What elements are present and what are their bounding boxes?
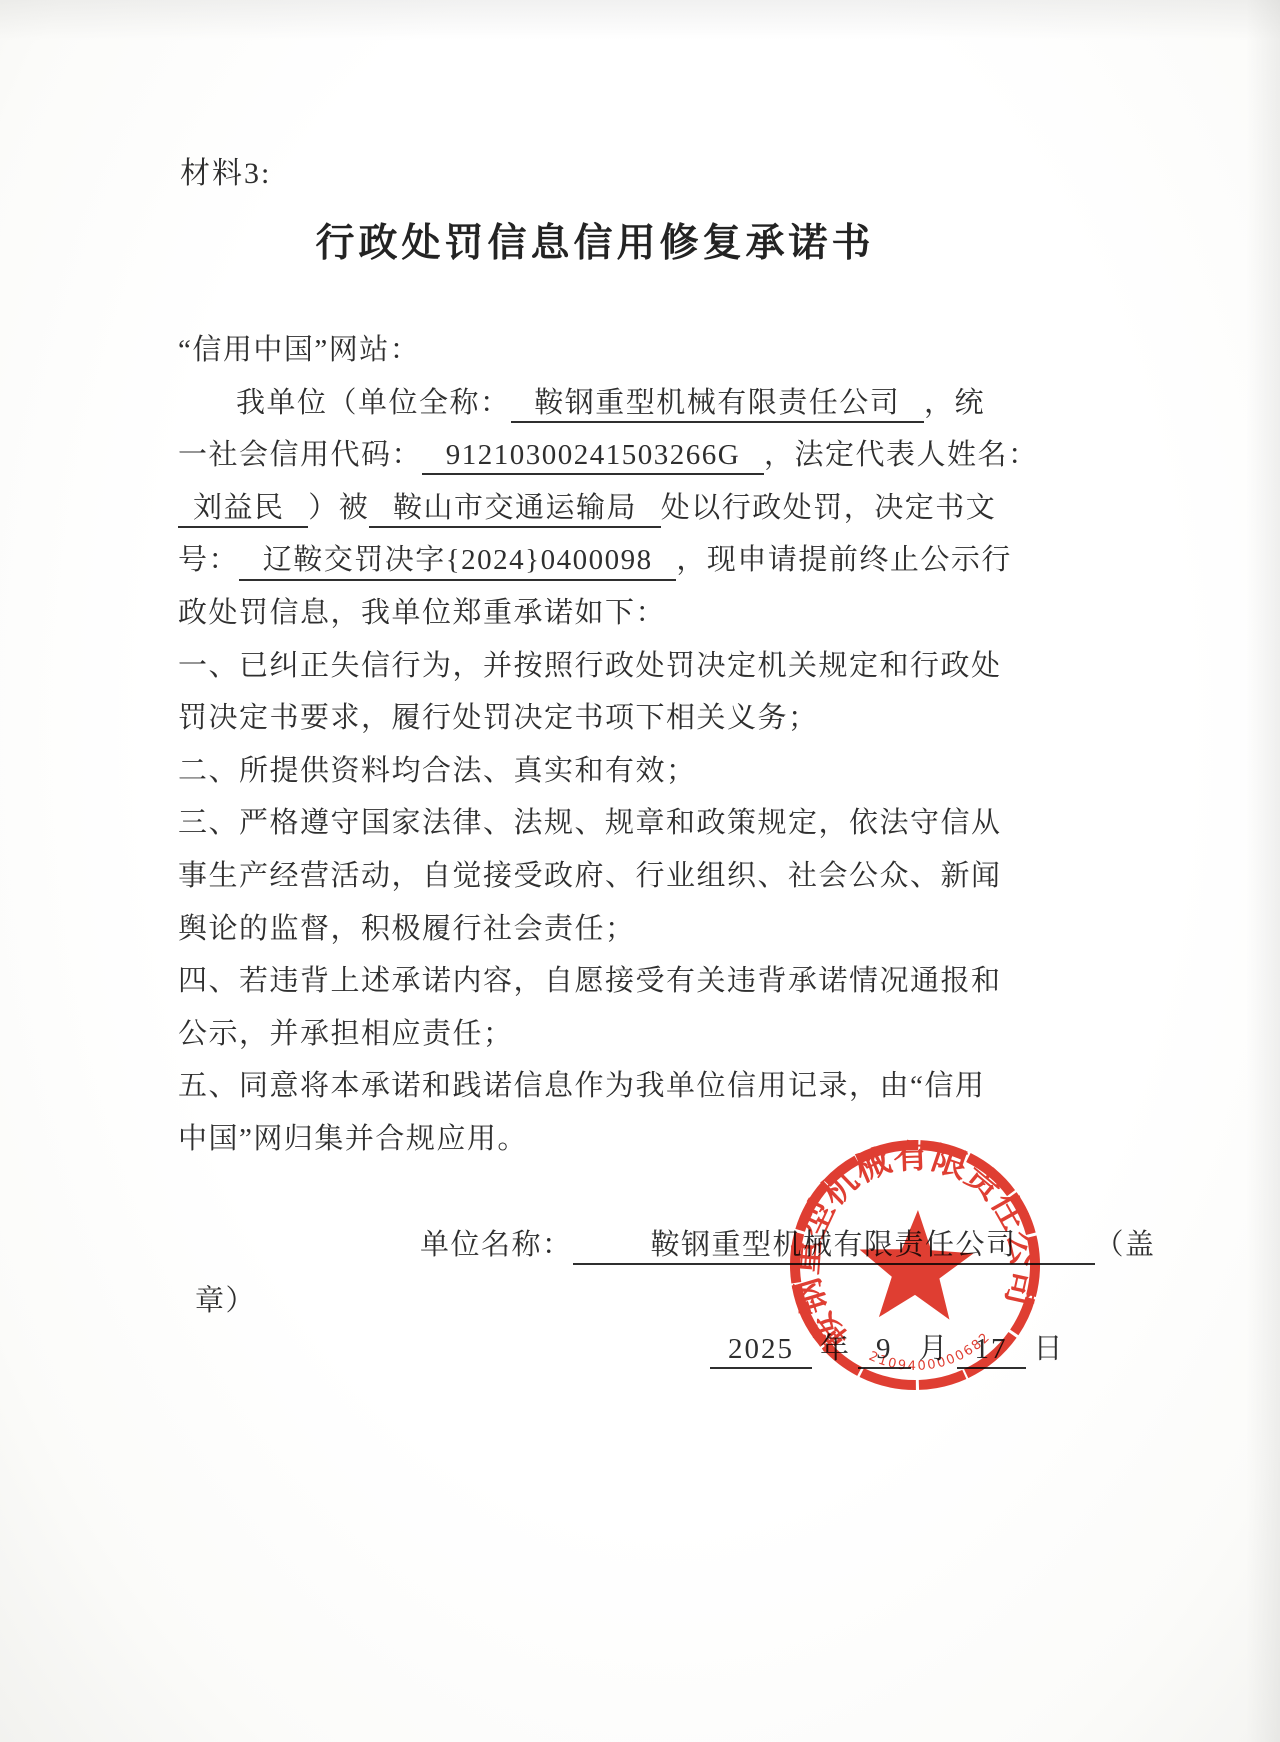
text-segment: ，现申请提前终止公示行 <box>676 544 1012 576</box>
material-label: 材料3: <box>180 148 271 192</box>
scan-shading-top <box>0 0 1280 40</box>
text-segment: 罚决定书要求，履行处罚决定书项下相关义务； <box>178 702 819 734</box>
underline-filled-field: 鞍钢重型机械有限责任公司 <box>511 385 925 423</box>
body-line: 四、若违背上述承诺内容，自愿接受有关违背承诺情况通报和 <box>178 955 1024 1008</box>
body-line: 五、同意将本承诺和践诺信息作为我单位信用记录，由“信用 <box>178 1060 1024 1113</box>
body-line: 二、所提供资料均合法、真实和有效； <box>178 745 1024 798</box>
text-segment: ，法定代表人姓名： <box>764 439 1039 471</box>
body-line: 刘益民 ）被 鞍山市交通运输局 处以行政处罚，决定书文 <box>178 482 1024 535</box>
body-line: 舆论的监督，积极履行社会责任； <box>178 903 1024 956</box>
body-line: 罚决定书要求，履行处罚决定书项下相关义务； <box>178 692 1024 745</box>
body-line: 号： 辽鞍交罚决字{2024}0400098 ，现申请提前终止公示行 <box>178 534 1024 587</box>
text-segment: 一、已纠正失信行为，并按照行政处罚决定机关规定和行政处 <box>178 650 1002 682</box>
scan-shading-right <box>1246 0 1280 1742</box>
text-segment: 政处罚信息，我单位郑重承诺如下： <box>178 597 666 629</box>
text-segment: 三、严格遵守国家法律、法规、规章和政策规定，依法守信从 <box>178 807 1002 839</box>
body-line: 三、严格遵守国家法律、法规、规章和政策规定，依法守信从 <box>178 797 1024 850</box>
text-segment: 舆论的监督，积极履行社会责任； <box>178 913 636 945</box>
seal-note-open: （盖 <box>1095 1229 1156 1261</box>
text-segment: 中国”网归集并合规应用。 <box>178 1123 528 1155</box>
text-segment: 公示，并承担相应责任； <box>178 1018 514 1050</box>
text-segment: “信用中国”网站： <box>178 334 420 366</box>
signature-label: 单位名称： <box>420 1229 573 1261</box>
scanned-document-page: 材料3: 行政处罚信息信用修复承诺书 “信用中国”网站：我单位（单位全称： 鞍钢… <box>0 0 1280 1742</box>
document-body: “信用中国”网站：我单位（单位全称： 鞍钢重型机械有限责任公司 ，统一社会信用代… <box>178 324 1024 1166</box>
text-segment: 号： <box>178 544 239 576</box>
seal-serial-number: 2109400000682 <box>864 1328 998 1384</box>
text-segment: ，统 <box>924 387 985 419</box>
text-segment: 处以行政处罚，决定书文 <box>661 492 997 524</box>
text-segment: 我单位（单位全称： <box>236 387 511 419</box>
company-seal-stamp: 鞍钢重型机械有限责任公司 2109400000682 <box>780 1130 1050 1400</box>
body-line: 公示，并承担相应责任； <box>178 1008 1024 1061</box>
text-segment: 五、同意将本承诺和践诺信息作为我单位信用记录，由“信用 <box>178 1070 985 1102</box>
underline-filled-field: 辽鞍交罚决字{2024}0400098 <box>239 542 676 580</box>
body-line: 政处罚信息，我单位郑重承诺如下： <box>178 587 1024 640</box>
body-line: “信用中国”网站： <box>178 324 1024 377</box>
seal-group: 鞍钢重型机械有限责任公司 2109400000682 <box>780 1130 1050 1400</box>
underline-filled-field: 鞍山市交通运输局 <box>369 490 661 528</box>
star-icon <box>857 1208 975 1320</box>
text-segment: 一社会信用代码： <box>178 439 422 471</box>
text-segment: 二、所提供资料均合法、真实和有效； <box>178 755 697 787</box>
underline-filled-field: 91210300241503266G <box>422 437 764 475</box>
seal-serial-arc: 2109400000682 <box>864 1328 998 1384</box>
body-line: 我单位（单位全称： 鞍钢重型机械有限责任公司 ，统 <box>178 377 1024 430</box>
underline-filled-field: 刘益民 <box>178 490 308 528</box>
seal-note-wrap: 章） <box>195 1278 256 1319</box>
text-segment: 事生产经营活动，自觉接受政府、行业组织、社会公众、新闻 <box>178 860 1002 892</box>
text-segment: 四、若违背上述承诺内容，自愿接受有关违背承诺情况通报和 <box>178 965 1002 997</box>
body-line: 一、已纠正失信行为，并按照行政处罚决定机关规定和行政处 <box>178 640 1024 693</box>
text-segment: ）被 <box>308 492 369 524</box>
body-line: 事生产经营活动，自觉接受政府、行业组织、社会公众、新闻 <box>178 850 1024 903</box>
body-line: 一社会信用代码： 91210300241503266G ，法定代表人姓名： <box>178 429 1024 482</box>
page-title: 行政处罚信息信用修复承诺书 <box>0 212 1190 268</box>
